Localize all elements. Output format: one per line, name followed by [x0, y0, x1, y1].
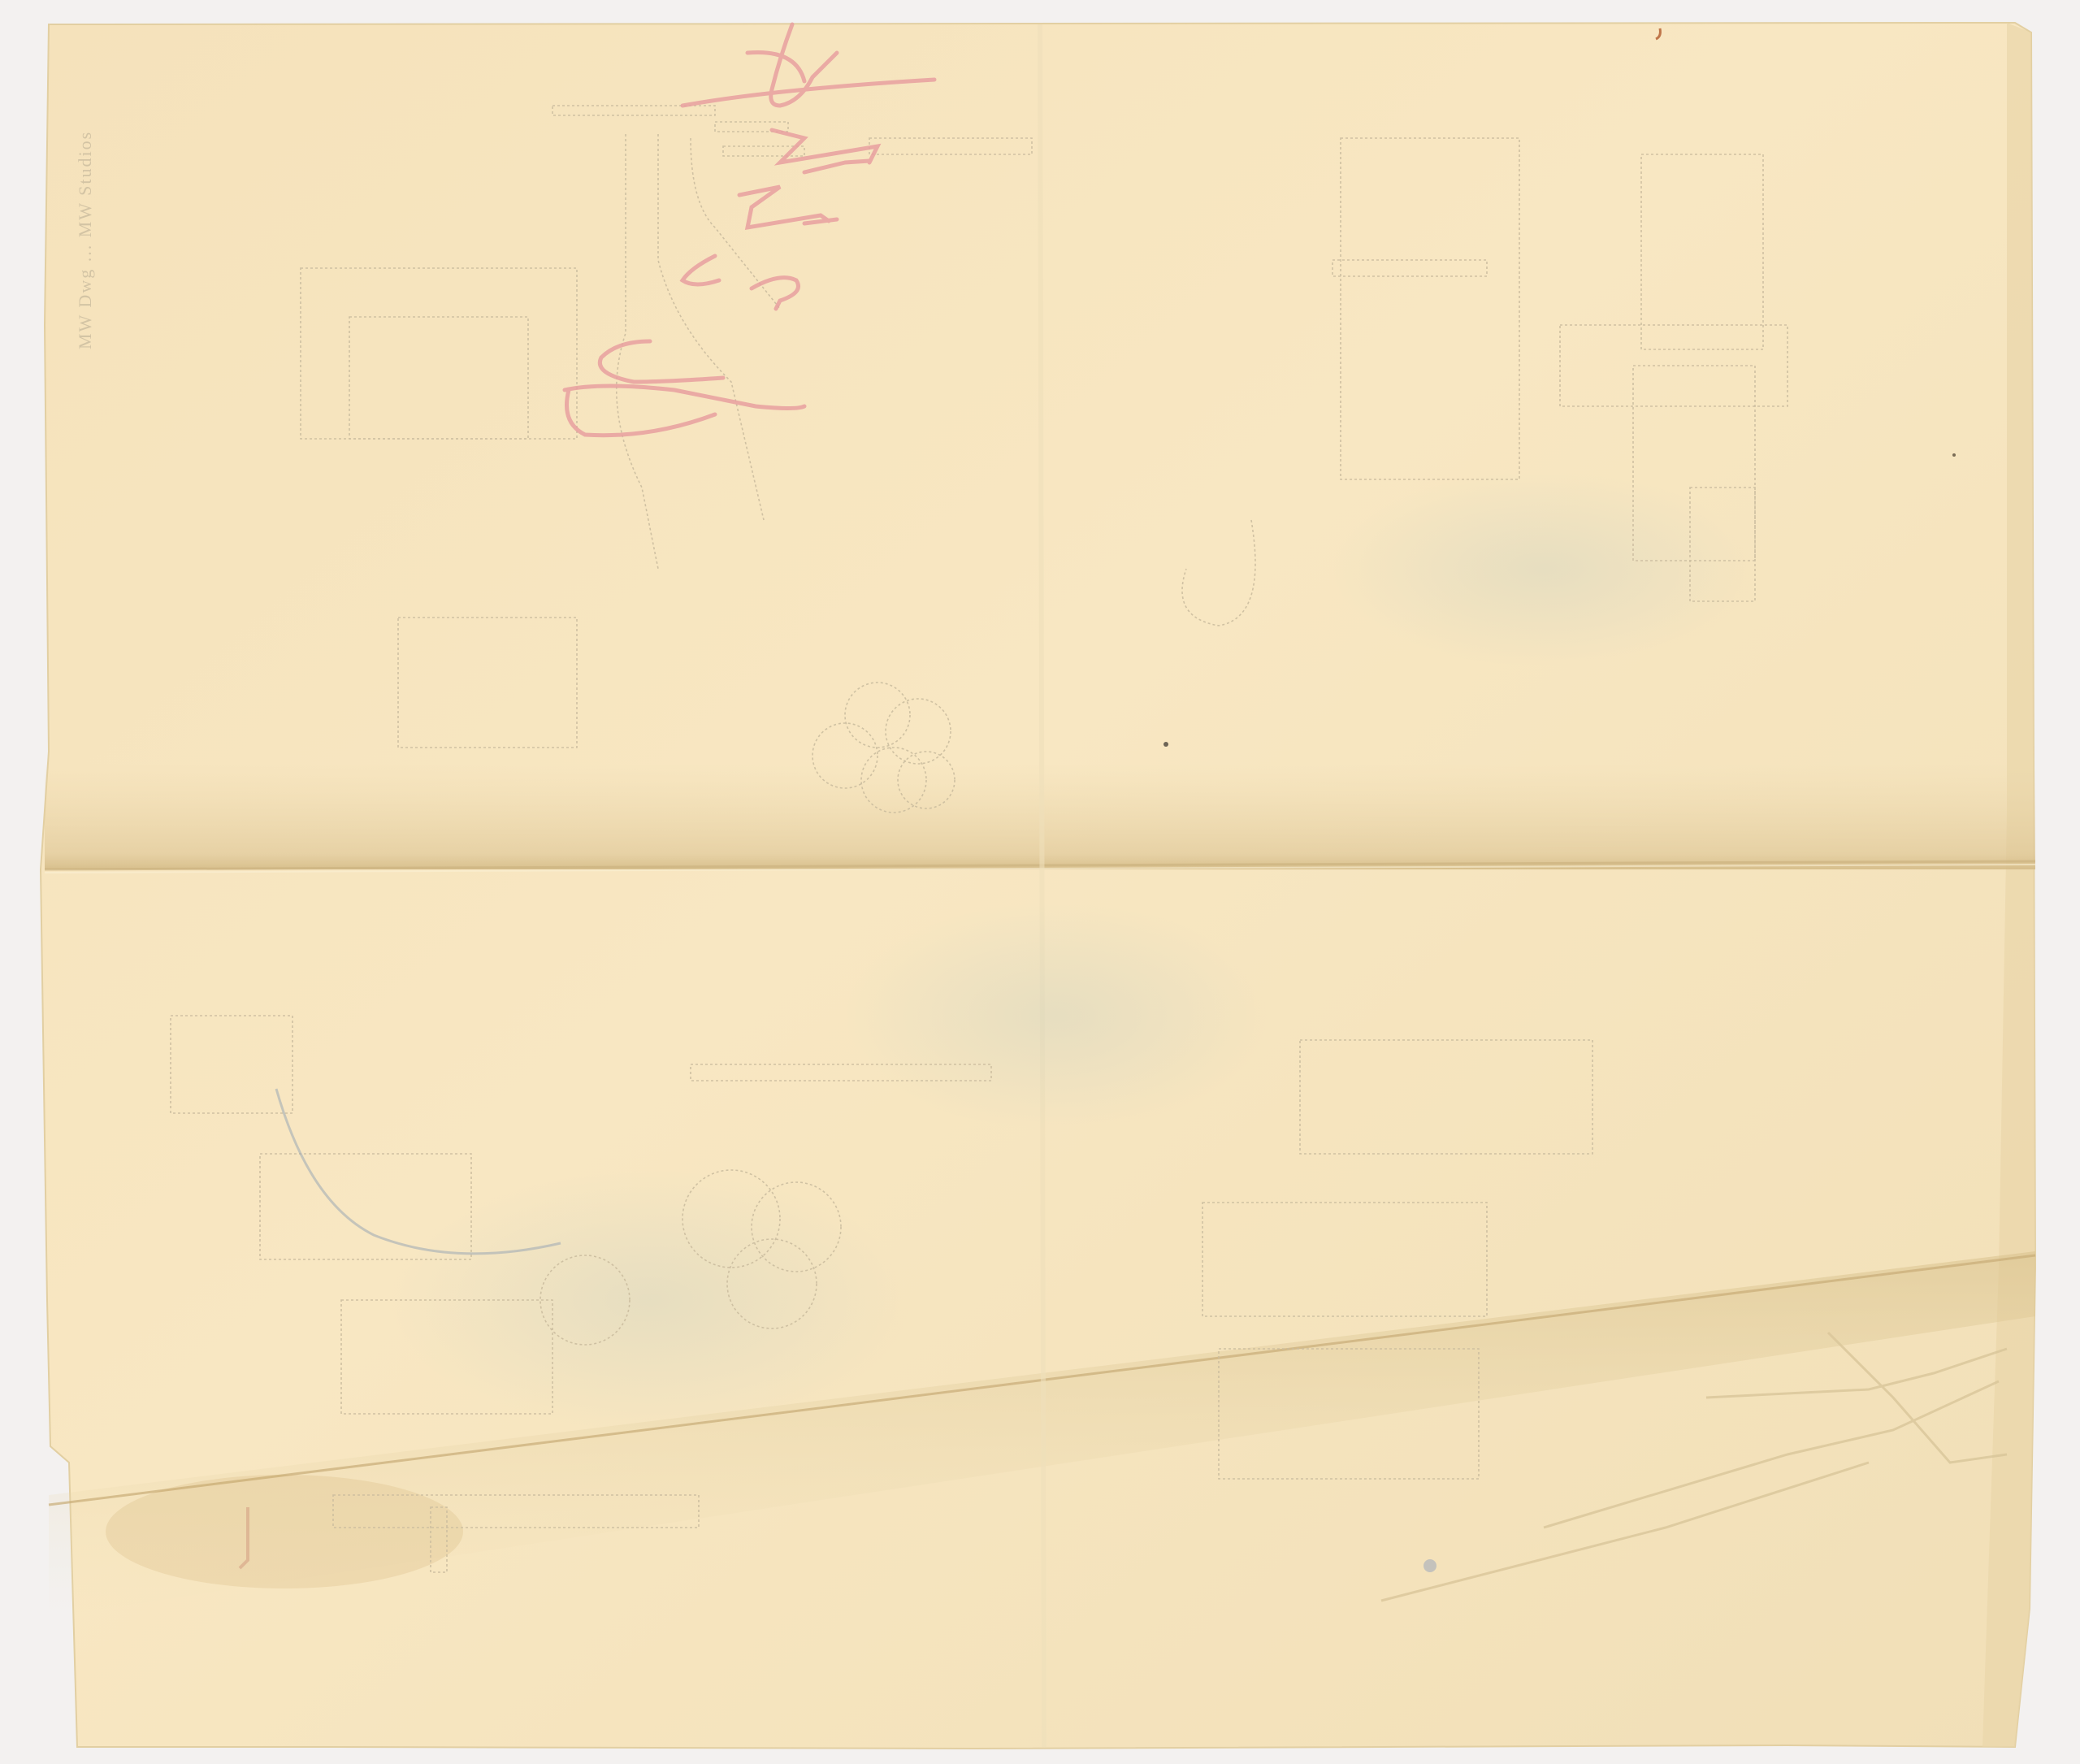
- paper-sheet: MW Dwg ... MW Studios ghosted pencil con…: [0, 0, 2080, 1764]
- vertical-pencil-note: MW Dwg ... MW Studios: [75, 131, 96, 349]
- paper-illustration: [0, 0, 2080, 1764]
